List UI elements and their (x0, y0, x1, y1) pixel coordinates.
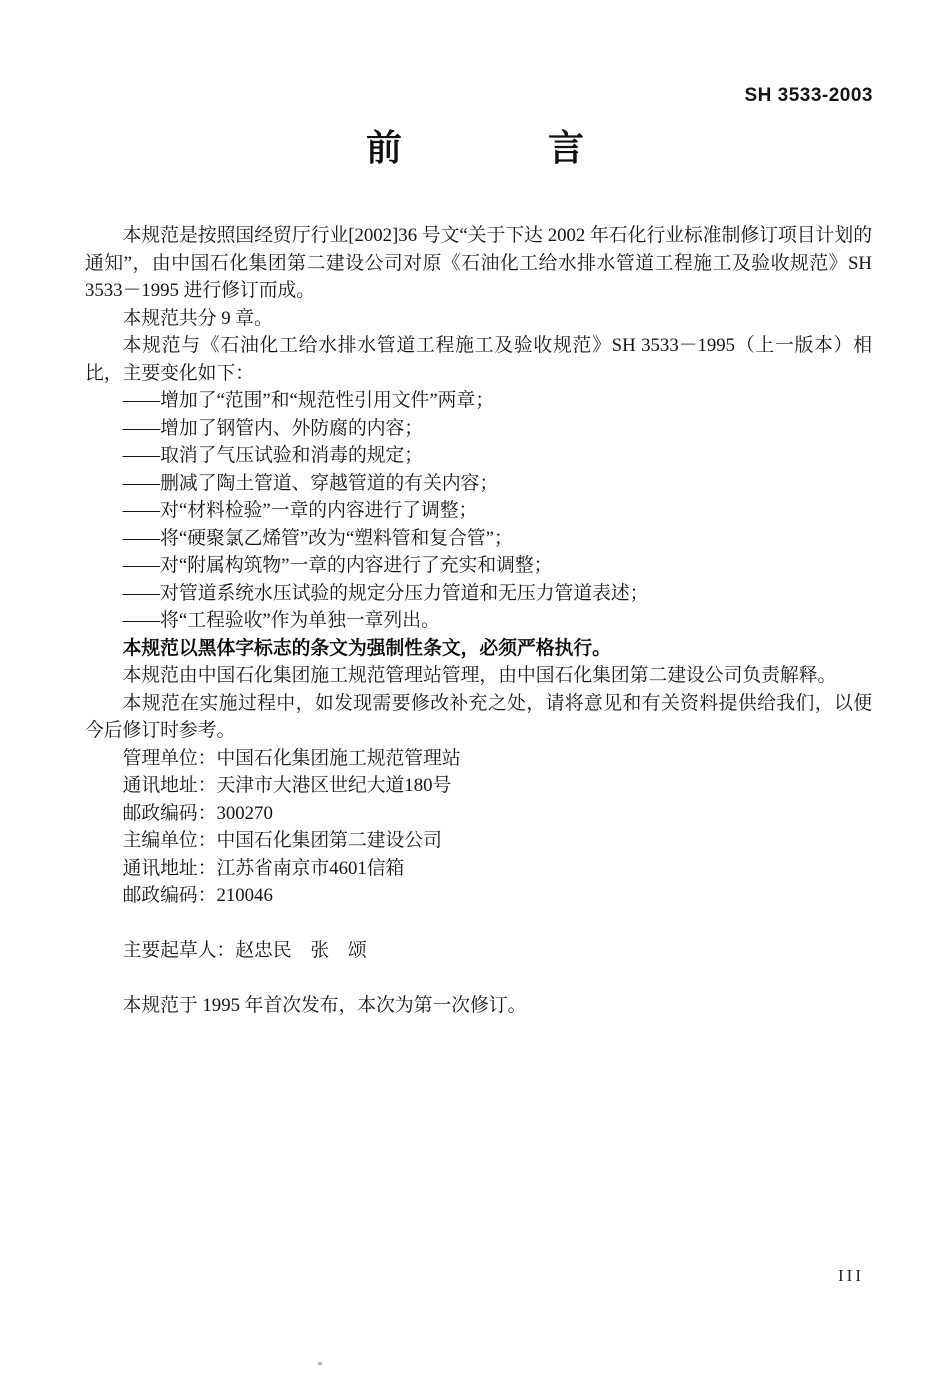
change-item: ——取消了气压试验和消毒的规定； (85, 442, 872, 470)
page-title-char-1: 前 (366, 120, 402, 171)
change-item: ——对“材料检验”一章的内容进行了调整； (85, 497, 872, 525)
page-title: 前 言 (0, 120, 950, 171)
change-item: ——将“硬聚氯乙烯管”改为“塑料管和复合管”； (85, 525, 872, 553)
contact-line-chief-editor-unit: 主编单位：中国石化集团第二建设公司 (85, 827, 872, 855)
intro-paragraph: 本规范是按照国经贸厅行业[2002]36 号文“关于下达 2002 年石化行业标… (85, 222, 872, 305)
contact-line-management-unit: 管理单位：中国石化集团施工规范管理站 (85, 745, 872, 773)
mandatory-clause-notice: 本规范以黑体字标志的条文为强制性条文，必须严格执行。 (85, 635, 872, 663)
change-item: ——对管道系统水压试验的规定分压力管道和无压力管道表述； (85, 580, 872, 608)
change-item: ——增加了“范围”和“规范性引用文件”两章； (85, 387, 872, 415)
change-item: ——将“工程验收”作为单独一章列出。 (85, 607, 872, 635)
management-paragraph: 本规范由中国石化集团施工规范管理站管理，由中国石化集团第二建设公司负责解释。 (85, 662, 872, 690)
change-item: ——增加了钢管内、外防腐的内容； (85, 415, 872, 443)
feedback-paragraph: 本规范在实施过程中，如发现需要修改补充之处，请将意见和有关资料提供给我们，以便今… (85, 690, 872, 745)
comparison-paragraph: 本规范与《石油化工给水排水管道工程施工及验收规范》SH 3533－1995（上一… (85, 332, 872, 387)
revision-history-line: 本规范于 1995 年首次发布，本次为第一次修订。 (85, 992, 872, 1020)
change-item: ——删减了陶土管道、穿越管道的有关内容； (85, 470, 872, 498)
foreword-body: 本规范是按照国经贸厅行业[2002]36 号文“关于下达 2002 年石化行业标… (85, 222, 872, 1020)
chapters-paragraph: 本规范共分 9 章。 (85, 305, 872, 333)
page-number: III (838, 1266, 864, 1286)
page-title-char-2: 言 (548, 120, 584, 171)
contact-line-postcode: 邮政编码：210046 (85, 882, 872, 910)
drafters-line: 主要起草人：赵忠民 张 颂 (85, 937, 872, 965)
contact-line-address: 通讯地址：江苏省南京市4601信箱 (85, 855, 872, 883)
standard-code: SH 3533-2003 (744, 85, 873, 107)
scan-artifact-dot (318, 1362, 322, 1365)
contact-line-address: 通讯地址：天津市大港区世纪大道180号 (85, 772, 872, 800)
contact-line-postcode: 邮政编码：300270 (85, 800, 872, 828)
change-item: ——对“附属构筑物”一章的内容进行了充实和调整； (85, 552, 872, 580)
